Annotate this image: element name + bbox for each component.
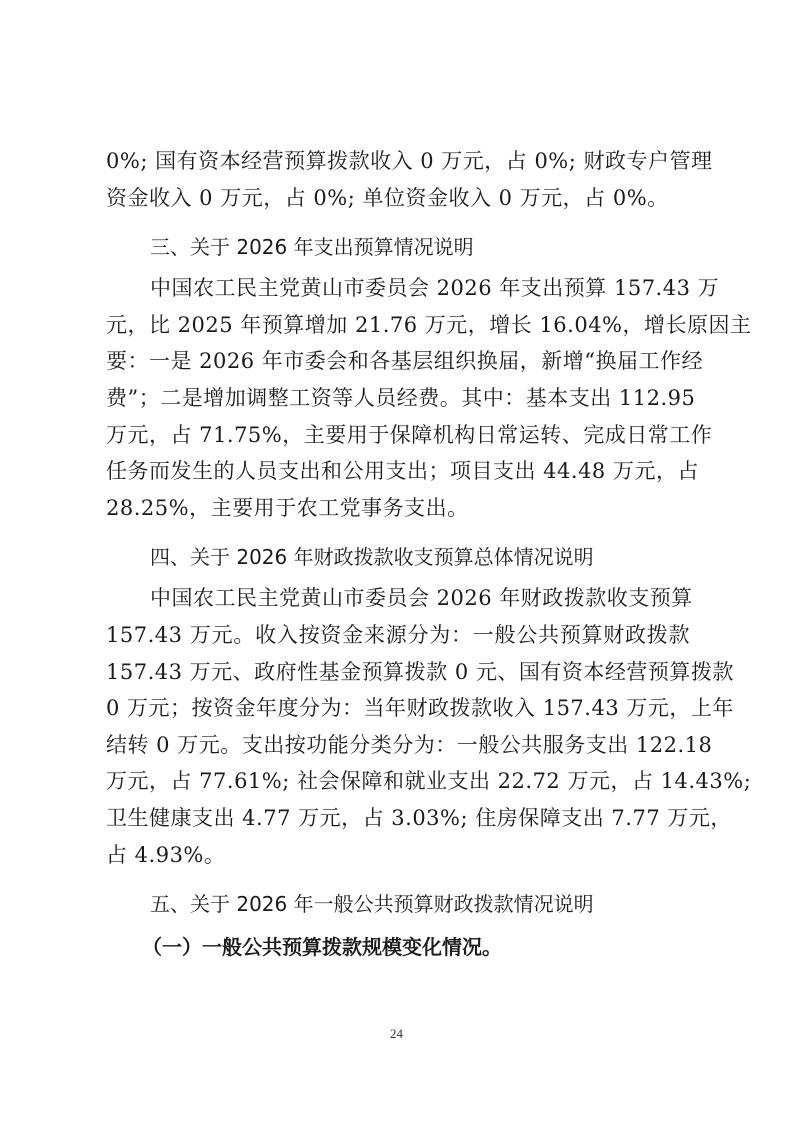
fiscal-overview-paragraph: 中国农工民主党黄山市委员会 2026 年财政拨款收支预算 157.43 万元。收…: [106, 580, 690, 873]
text-line: 任务而发生的人员支出和公用支出；项目支出 44.48 万元，占: [106, 453, 690, 490]
text-line: 费”；二是增加调整工资等人员经费。其中：基本支出 112.95: [106, 380, 690, 417]
document-page: 0%; 国有资本经营预算拨款收入 0 万元，占 0%; 财政专户管理 资金收入 …: [106, 143, 690, 967]
continuation-paragraph: 0%; 国有资本经营预算拨款收入 0 万元，占 0%; 财政专户管理 资金收入 …: [106, 143, 690, 216]
text-line: 结转 0 万元。支出按功能分类分为：一般公共服务支出 122.18: [106, 727, 690, 764]
text-line: 中国农工民主党黄山市委员会 2026 年财政拨款收支预算: [106, 580, 690, 617]
text-line: 元，比 2025 年预算增加 21.76 万元，增长 16.04%，增长原因主: [106, 307, 690, 344]
text-line: 万元，占 77.61%; 社会保障和就业支出 22.72 万元，占 14.43%…: [106, 763, 690, 800]
text-line: 157.43 万元、政府性基金预算拨款 0 元、国有资本经营预算拨款: [106, 654, 690, 691]
text-line: 28.25%，主要用于农工党事务支出。: [106, 490, 690, 527]
text-line: 0%; 国有资本经营预算拨款收入 0 万元，占 0%; 财政专户管理: [106, 143, 690, 180]
text-line: 0 万元；按资金年度分为：当年财政拨款收入 157.43 万元，上年: [106, 690, 690, 727]
subsection-heading-scale-change: （一）一般公共预算拨款规模变化情况。: [106, 927, 690, 967]
page-number: 24: [0, 1026, 793, 1042]
section-heading-general-public-budget: 五、关于 2026 年一般公共预算财政拨款情况说明: [106, 881, 690, 927]
section-heading-fiscal-overview: 四、关于 2026 年财政拨款收支预算总体情况说明: [106, 534, 690, 580]
expenditure-budget-paragraph: 中国农工民主党黄山市委员会 2026 年支出预算 157.43 万 元，比 20…: [106, 270, 690, 526]
text-line: 卫生健康支出 4.77 万元，占 3.03%; 住房保障支出 7.77 万元，: [106, 800, 690, 837]
text-line: 要：一是 2026 年市委会和各基层组织换届，新增“换届工作经: [106, 343, 690, 380]
text-line: 157.43 万元。收入按资金来源分为：一般公共预算财政拨款: [106, 617, 690, 654]
text-line: 资金收入 0 万元，占 0%; 单位资金收入 0 万元，占 0%。: [106, 180, 690, 217]
text-line: 占 4.93%。: [106, 837, 690, 874]
text-line: 万元，占 71.75%，主要用于保障机构日常运转、完成日常工作: [106, 417, 690, 454]
section-heading-expenditure-budget: 三、关于 2026 年支出预算情况说明: [106, 224, 690, 270]
text-line: 中国农工民主党黄山市委员会 2026 年支出预算 157.43 万: [106, 270, 690, 307]
